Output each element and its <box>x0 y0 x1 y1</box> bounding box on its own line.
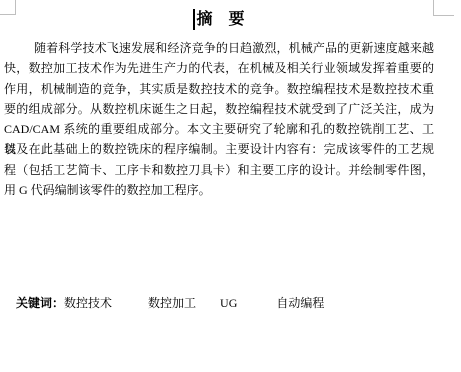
keywords-row: 关键词：数控技术数控加工UG自动编程 <box>16 295 456 311</box>
keyword-item: 自动编程 <box>276 295 324 311</box>
paragraph-line: 用 G 代码编制该零件的数控加工程序。 <box>4 180 434 200</box>
keyword-item: 数控技术 <box>64 295 112 311</box>
abstract-title: 摘 要 <box>196 9 244 30</box>
margin-crop-mark-top-right <box>433 0 454 16</box>
paragraph-line: 要的组成部分。从数控机床诞生之日起，数控编程技术就受到了广泛关注，成为 <box>4 99 434 119</box>
abstract-title-row: 摘 要 <box>4 9 434 30</box>
paragraph-line: 作用，机械制造的竞争，其实质是数控技术的竞争。数控编程技术是数控技术重 <box>4 79 434 99</box>
paragraph-line: 程（包括工艺简卡、工序卡和数控刀具卡）和主要工序的设计。并绘制零件图， <box>4 160 434 180</box>
keywords-label: 关键词： <box>16 296 64 310</box>
keyword-item: 数控加工 <box>148 295 196 311</box>
paragraph-line: 随着科学技术飞速发展和经济竞争的日趋激烈，机械产品的更新速度越来越 <box>4 38 434 58</box>
paragraph-line: 快，数控加工技术作为先进生产力的代表，在机械及相关行业领域发挥着重要的 <box>4 58 434 78</box>
abstract-paragraph: 随着科学技术飞速发展和经济竞争的日趋激烈，机械产品的更新速度越来越 快，数控加工… <box>4 38 434 200</box>
paragraph-line: 以及在此基础上的数控铣床的程序编制。主要设计内容有：完成该零件的工艺规 <box>4 139 434 159</box>
document-page: { "page": { "title": "摘 要", "body_lines"… <box>0 0 461 372</box>
paragraph-line: CAD/CAM 系统的重要组成部分。本文主要研究了轮廓和孔的数控铣削工艺、工装 <box>4 119 434 139</box>
keyword-item: UG <box>220 295 237 311</box>
